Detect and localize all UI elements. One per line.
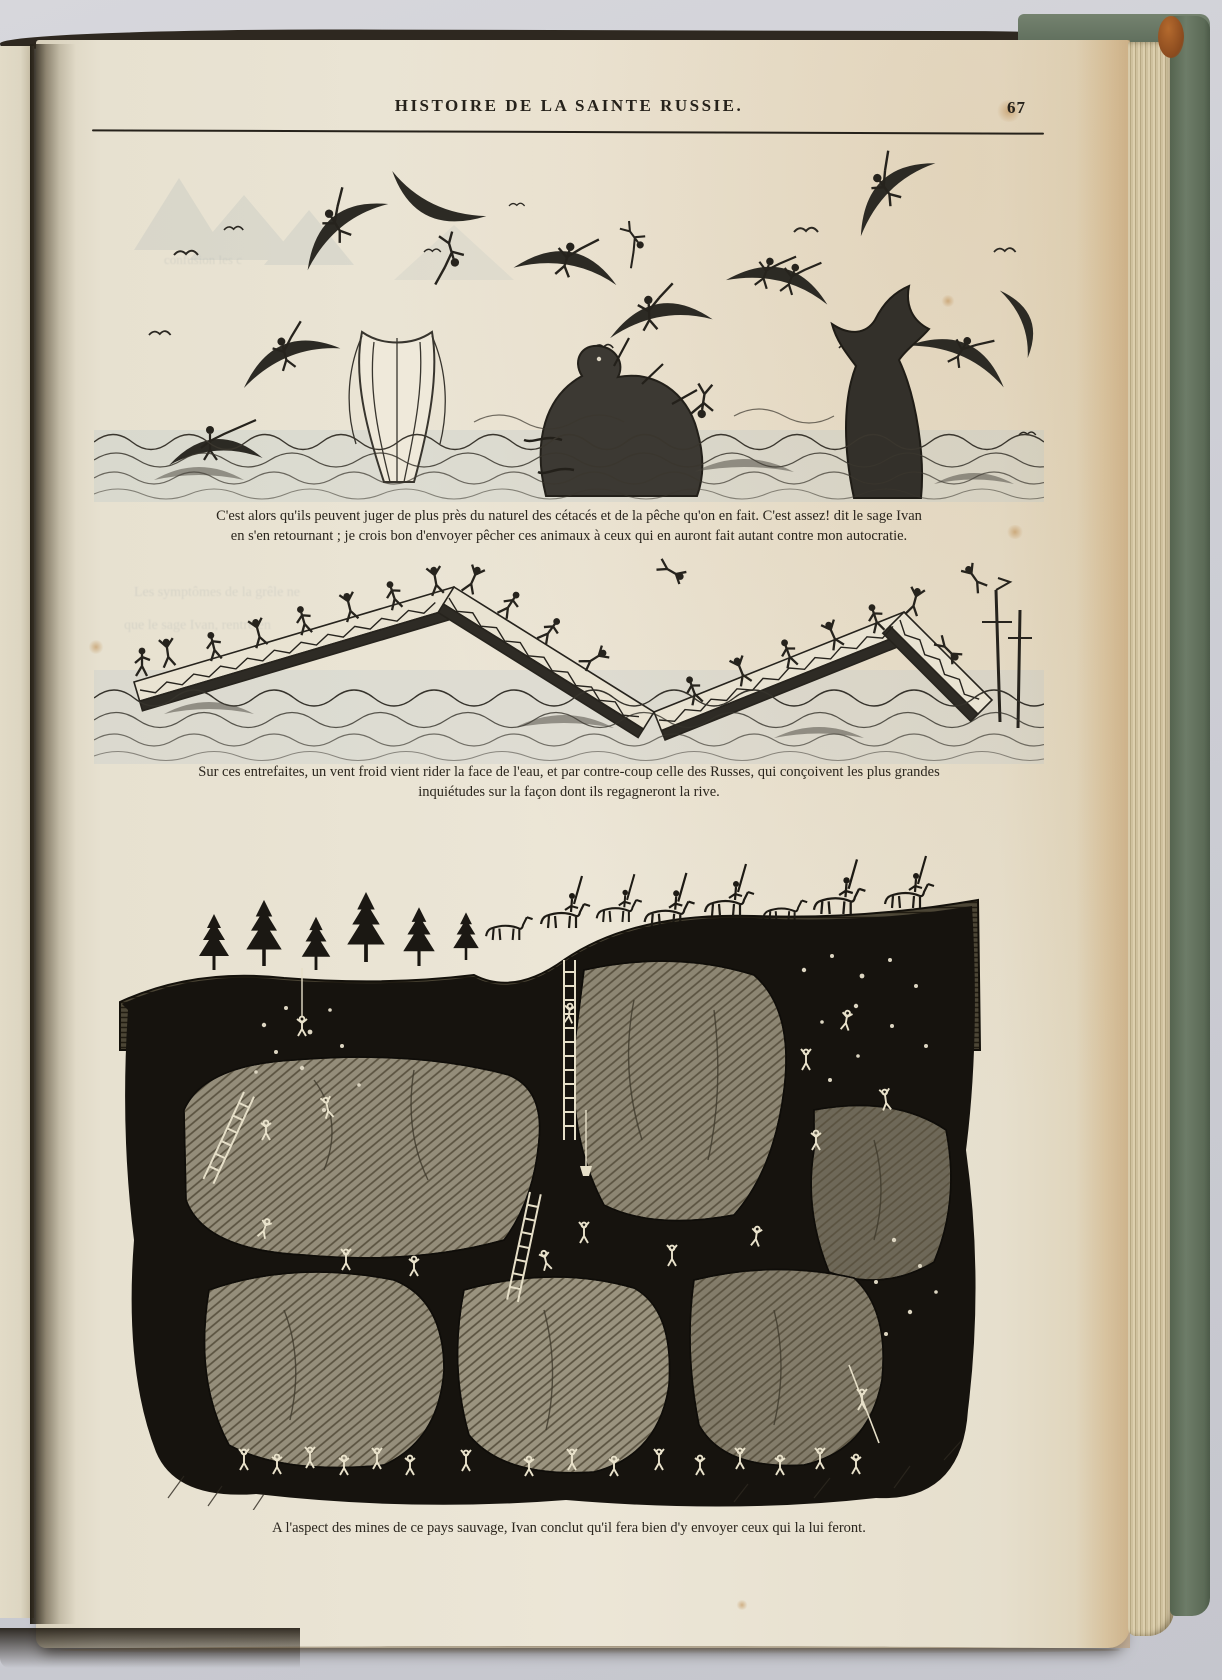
caption-mines: A l'aspect des mines de ce pays sauvage,…: [94, 1518, 1044, 1538]
page-stain: [1076, 40, 1130, 1648]
page-number: 67: [1007, 98, 1026, 118]
running-header: HISTOIRE DE LA SAINTE RUSSIE.: [94, 96, 1044, 116]
page-bottom-shadow: [60, 1646, 1120, 1654]
caption-galleys: Sur ces entrefaites, un vent froid vient…: [94, 762, 1044, 802]
printed-area: HISTOIRE DE LA SAINTE RUSSIE. 67 confusi…: [94, 40, 1044, 1648]
facing-page-sliver: [0, 46, 34, 1618]
whale-hunt-illustration: [94, 140, 1044, 502]
header-rule: [92, 129, 1044, 134]
book-cover-right: [1170, 16, 1210, 1616]
caption-whale-hunt: C'est alors qu'ils peuvent juger de plus…: [94, 506, 1044, 546]
capsizing-galleys-illustration: [94, 552, 1044, 764]
book-page: HISTOIRE DE LA SAINTE RUSSIE. 67 confusi…: [36, 40, 1130, 1648]
siberian-mines-illustration: [114, 810, 984, 1510]
gutter-shadow: [30, 44, 76, 1624]
cover-rust-spot: [1158, 16, 1184, 58]
page-edges: [1128, 42, 1174, 1636]
